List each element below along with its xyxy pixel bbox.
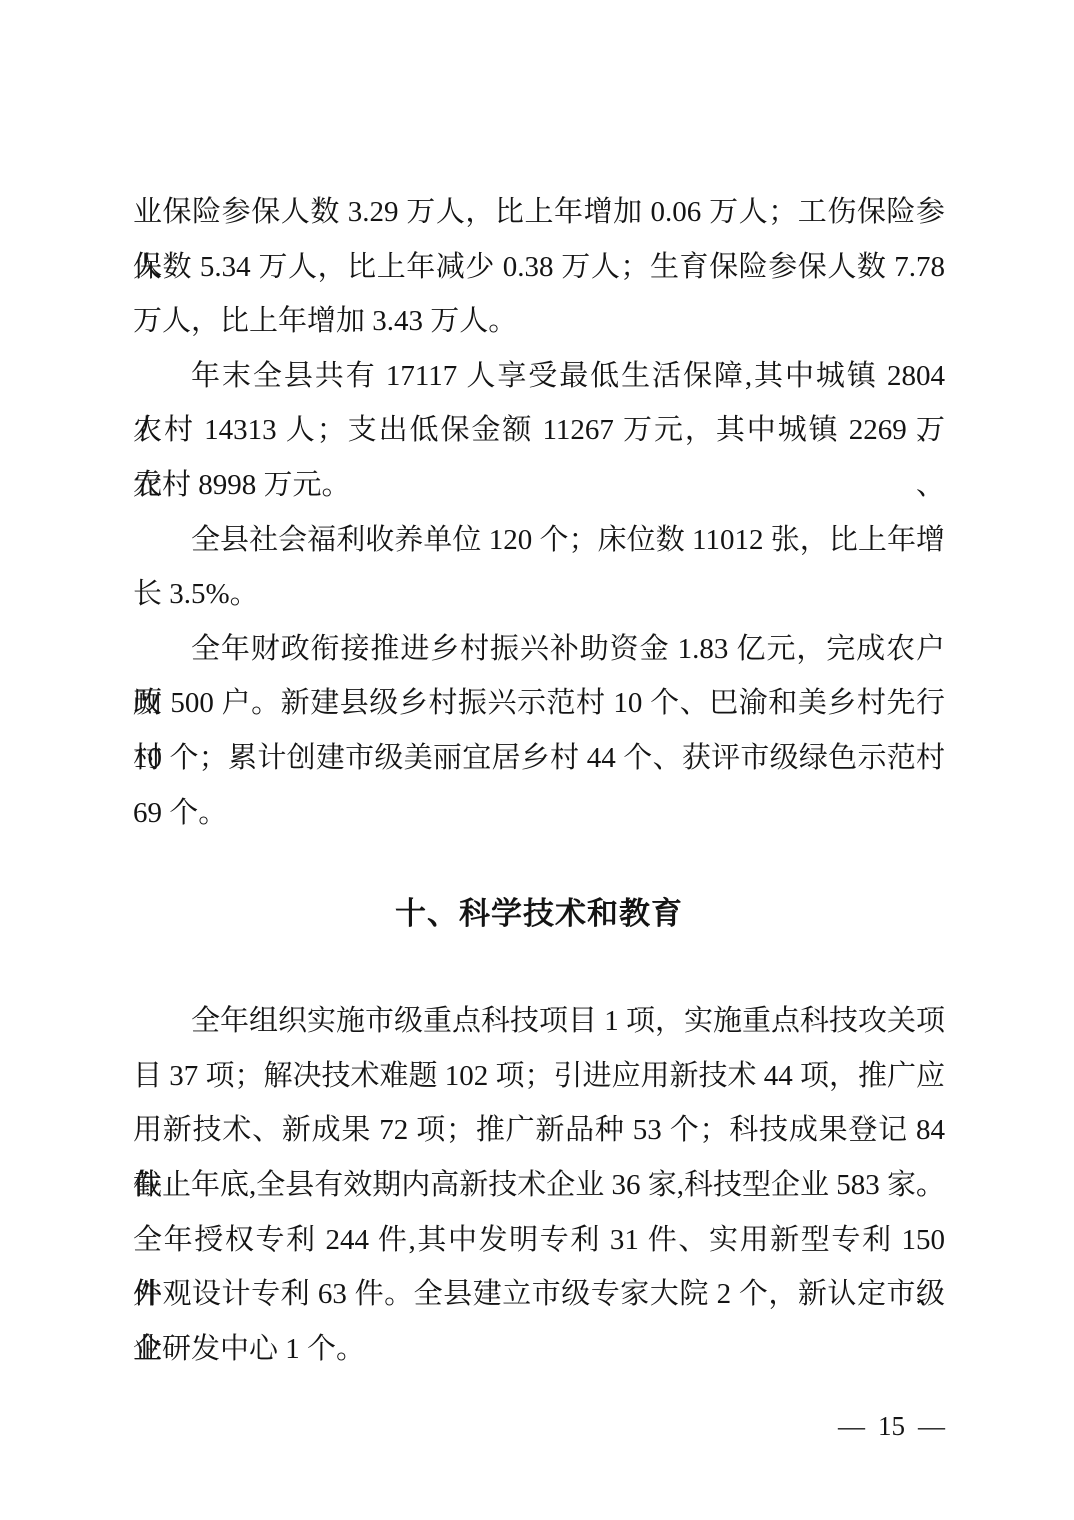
section-heading: 十、科学技术和教育 [133, 892, 945, 936]
text-line: 万人，比上年增加 3.43 万人。 [133, 294, 945, 349]
text-line: 全县社会福利收养单位 120 个；床位数 11012 张，比上年增 [133, 513, 945, 568]
text-line: 10 个；累计创建市级美丽宜居乡村 44 个、获评市级绿色示范村 [133, 731, 945, 786]
document-body: 业保险参保人数 3.29 万人，比上年增加 0.06 万人；工伤保险参保 人数 … [133, 185, 945, 1376]
text-line: 业保险参保人数 3.29 万人，比上年增加 0.06 万人；工伤保险参保 [133, 185, 945, 240]
text-line: 目 37 项；解决技术难题 102 项；引进应用新技术 44 项，推广应 [133, 1049, 945, 1104]
text-line: 全年授权专利 244 件,其中发明专利 31 件、实用新型专利 150 件、 [133, 1213, 945, 1268]
text-line: 人数 5.34 万人，比上年减少 0.38 万人；生育保险参保人数 7.78 [133, 240, 945, 295]
text-line: 外观设计专利 63 件。全县建立市级专家大院 2 个，新认定市级企 [133, 1267, 945, 1322]
page-number: 15 [878, 1409, 905, 1443]
text-line: 全年组织实施市级重点科技项目 1 项，实施重点科技攻关项 [133, 994, 945, 1049]
footer-dash-right: — [918, 1409, 945, 1443]
text-line: 农村 14313 人；支出低保金额 11267 万元，其中城镇 2269 万元、 [133, 403, 945, 458]
text-line: 用新技术、新成果 72 项；推广新品种 53 个；科技成果登记 84 件。 [133, 1103, 945, 1158]
text-line: 69 个。 [133, 786, 945, 841]
page-footer: — 15 — [838, 1409, 945, 1443]
text-line: 年末全县共有 17117 人享受最低生活保障,其中城镇 2804 人、 [133, 349, 945, 404]
text-line: 厕 500 户。新建县级乡村振兴示范村 10 个、巴渝和美乡村先行村 [133, 676, 945, 731]
text-line: 全年财政衔接推进乡村振兴补助资金 1.83 亿元，完成农户改 [133, 622, 945, 677]
footer-dash-left: — [838, 1409, 865, 1443]
text-line: 截止年底,全县有效期内高新技术企业 36 家,科技型企业 583 家。 [133, 1158, 945, 1213]
text-line: 业研发中心 1 个。 [133, 1322, 945, 1377]
document-page: 业保险参保人数 3.29 万人，比上年增加 0.06 万人；工伤保险参保 人数 … [0, 0, 1074, 1520]
text-line: 长 3.5%。 [133, 567, 945, 622]
